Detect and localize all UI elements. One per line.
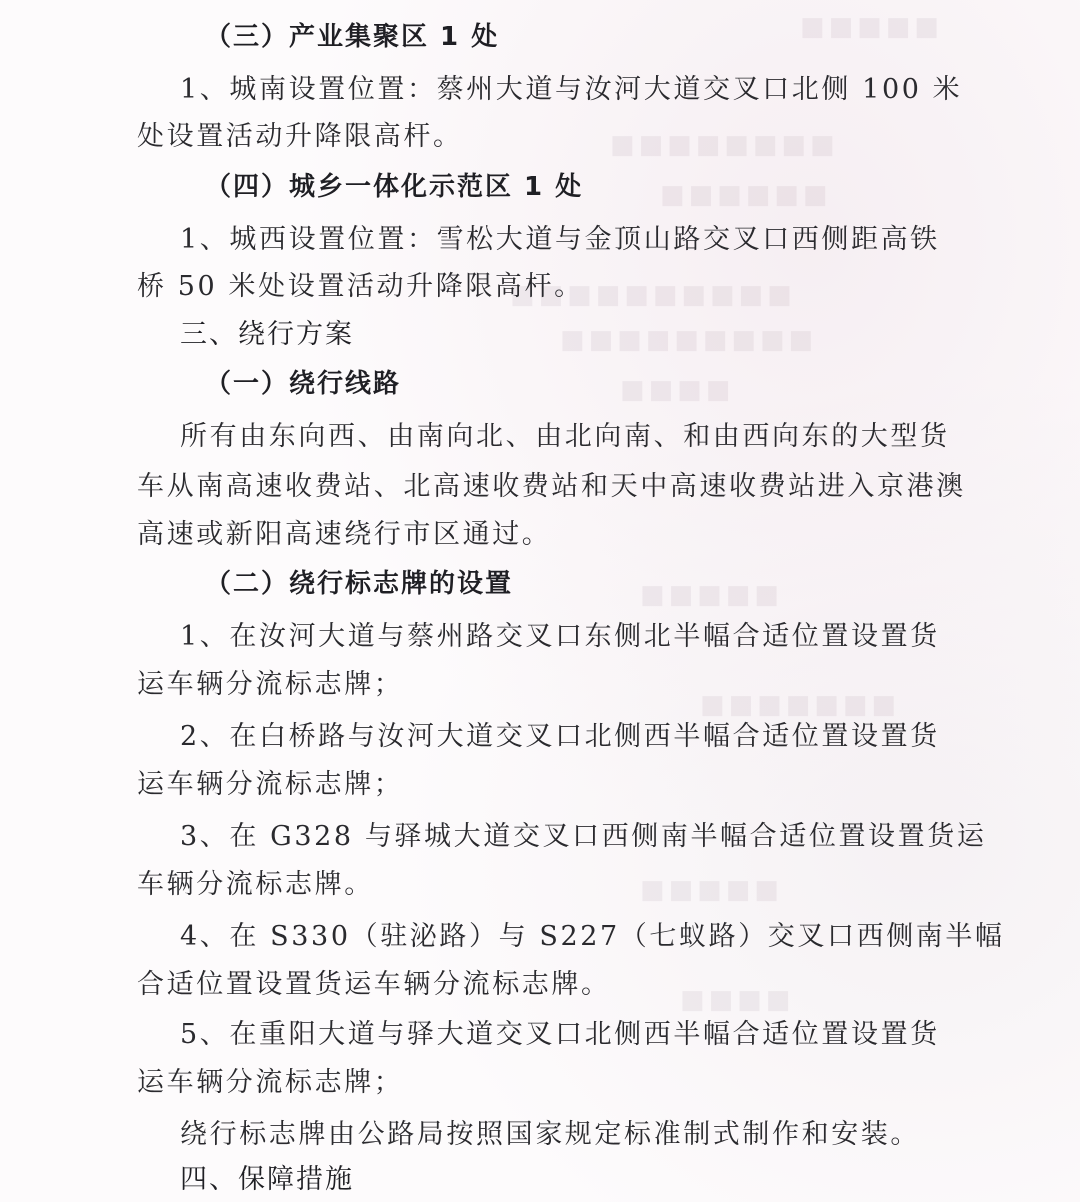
paragraph-line: 5、在重阳大道与驿大道交叉口北侧西半幅合适位置设置货: [180, 1018, 940, 1052]
bleed-through-text: ■■■■■■■: [700, 690, 900, 720]
subheading-detour-route: （一）绕行线路: [205, 367, 401, 401]
paragraph-line: 4、在 S330（驻泌路）与 S227（七蚁路）交叉口西侧南半幅: [180, 920, 1005, 954]
paragraph-line: 所有由东向西、由南向北、由北向南、和由西向东的大型货: [180, 420, 950, 454]
scanned-document-page: ■■■■■ ■■■■■■■■ ■■■■■■ ■■■■■■■■■■ ■■■■■■■…: [0, 0, 1080, 1202]
bleed-through-text: ■■■■■: [800, 12, 943, 42]
paragraph-line: 车辆分流标志牌。: [137, 868, 374, 902]
paragraph-line: 1、城南设置位置：蔡州大道与汝河大道交叉口北侧 100 米: [180, 73, 962, 107]
bleed-through-text: ■■■■: [620, 375, 734, 405]
paragraph-line: 绕行标志牌由公路局按照国家规定标准制式制作和安装。: [180, 1118, 920, 1152]
paragraph-line: 高速或新阳高速绕行市区通过。: [137, 518, 551, 552]
bleed-through-text: ■■■■■■■■■: [560, 325, 817, 355]
paragraph-line: 运车辆分流标志牌；: [137, 1066, 403, 1100]
paragraph-line: 2、在白桥路与汝河大道交叉口北侧西半幅合适位置设置货: [180, 720, 940, 754]
bleed-through-text: ■■■■■■: [660, 180, 831, 210]
section-heading-detour-plan: 三、绕行方案: [180, 318, 354, 352]
subheading-industrial-cluster: （三）产业集聚区 1 处: [205, 20, 499, 54]
subheading-detour-signs: （二）绕行标志牌的设置: [205, 567, 513, 601]
paragraph-line: 1、城西设置位置：雪松大道与金顶山路交叉口西侧距高铁: [180, 223, 940, 257]
paragraph-line: 3、在 G328 与驿城大道交叉口西侧南半幅合适位置设置货运: [180, 820, 986, 854]
bleed-through-text: ■■■■■: [640, 875, 783, 905]
bleed-through-text: ■■■■■■■■: [610, 130, 839, 160]
paragraph-line: 处设置活动升降限高杆。: [137, 120, 463, 154]
paragraph-line: 运车辆分流标志牌；: [137, 768, 403, 802]
bleed-through-text: ■■■■■: [640, 580, 783, 610]
paragraph-line: 合适位置设置货运车辆分流标志牌。: [137, 968, 611, 1002]
paragraph-line: 运车辆分流标志牌；: [137, 668, 403, 702]
section-heading-safeguards: 四、保障措施: [180, 1163, 354, 1197]
paragraph-line: 车从南高速收费站、北高速收费站和天中高速收费站进入京港澳: [137, 470, 966, 504]
paragraph-line: 桥 50 米处设置活动升降限高杆。: [137, 270, 584, 304]
bleed-through-text: ■■■■: [680, 985, 794, 1015]
paragraph-line: 1、在汝河大道与蔡州路交叉口东侧北半幅合适位置设置货: [180, 620, 940, 654]
subheading-urban-rural-zone: （四）城乡一体化示范区 1 处: [205, 170, 583, 204]
